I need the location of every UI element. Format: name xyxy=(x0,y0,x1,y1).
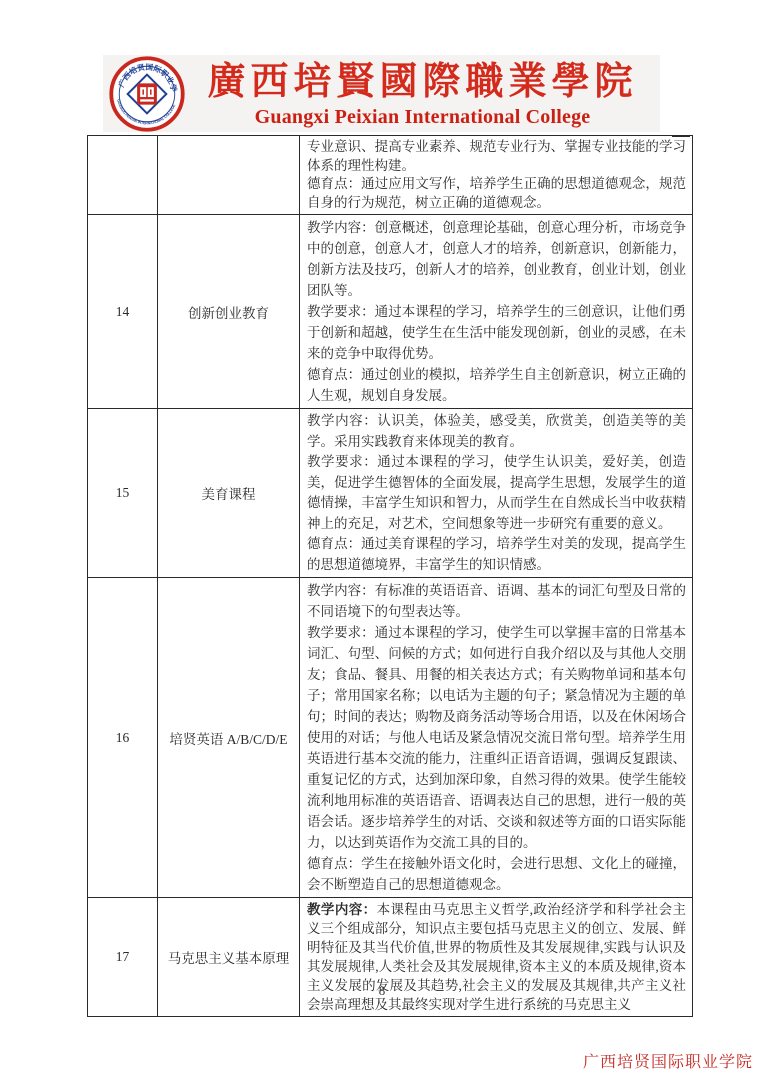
description-paragraph: 教学要求：通过本课程的学习，使学生可以掌握丰富的日常基本词汇、句型、问候的方式；… xyxy=(307,622,686,853)
college-logo: 广西培贤国际职业学院 GUANGXI PEIXIAN INTERNATIONAL… xyxy=(103,56,191,132)
college-name-block: 廣西培賢國際職業學院 Guangxi Peixian International… xyxy=(191,60,660,128)
description-paragraph: 教学要求：通过本课程的学习，使学生认识美，爱好美，创造美，促进学生德智体的全面发… xyxy=(307,452,686,534)
footer-watermark: 广西培贤国际职业学院 xyxy=(583,1049,753,1072)
course-name-cell: 创新创业教育 xyxy=(158,215,300,409)
course-description-cell: 专业意识、提高专业素养、规范专业行为、掌握专业技能的学习体系的理性构建。 德育点… xyxy=(300,136,693,215)
course-description-cell: 教学内容：创意概述，创意理论基础，创意心理分析，市场竞争中的创意，创意人才，创意… xyxy=(300,215,693,409)
description-paragraph: 德育点：通过创业的模拟，培养学生自主创新意识，树立正确的人生观，规划自身发展。 xyxy=(307,364,686,406)
course-number-cell: 15 xyxy=(88,409,158,578)
page-number: 8 xyxy=(0,983,764,999)
table-row: 16 培贤英语 A/B/C/D/E 教学内容：有标准的英语语音、语调、基本的词汇… xyxy=(88,578,693,898)
college-seal-icon: 广西培贤国际职业学院 GUANGXI PEIXIAN INTERNATIONAL… xyxy=(109,56,185,132)
table-row: 14 创新创业教育 教学内容：创意概述，创意理论基础，创意心理分析，市场竞争中的… xyxy=(88,215,693,409)
college-name-en: Guangxi Peixian International College xyxy=(191,106,654,128)
course-description-cell: 教学内容：认识美，体验美，感受美，欣赏美，创造美等的美学。采用实践教育来体现美的… xyxy=(300,409,693,578)
description-paragraph: 德育点：通过应用文写作，培养学生正确的思想道德观念，规范自身的行为规范，树立正确… xyxy=(307,175,686,212)
table-row: 15 美育课程 教学内容：认识美，体验美，感受美，欣赏美，创造美等的美学。采用实… xyxy=(88,409,693,578)
course-name-cell: 培贤英语 A/B/C/D/E xyxy=(158,578,300,898)
description-paragraph: 教学内容：创意概述，创意理论基础，创意心理分析，市场竞争中的创意，创意人才，创意… xyxy=(307,217,686,301)
course-name-cell: 美育课程 xyxy=(158,409,300,578)
description-paragraph: 教学内容：有标准的英语语音、语调、基本的词汇句型及日常的不同语境下的句型表达等。 xyxy=(307,580,686,622)
course-table: 专业意识、提高专业素养、规范专业行为、掌握专业技能的学习体系的理性构建。 德育点… xyxy=(87,135,693,1017)
logo-book-icon xyxy=(137,83,157,104)
course-description-cell: 教学内容：有标准的英语语音、语调、基本的词汇句型及日常的不同语境下的句型表达等。… xyxy=(300,578,693,898)
course-name-cell xyxy=(158,136,300,215)
description-paragraph: 教学要求：通过本课程的学习，培养学生的三创意识，让他们勇于创新和超越，使学生在生… xyxy=(307,301,686,364)
description-paragraph: 德育点：学生在接触外语文化时，会进行思想、文化上的碰撞，会不断塑造自己的思想道德… xyxy=(307,853,686,895)
description-paragraph: 专业意识、提高专业素养、规范专业行为、掌握专业技能的学习体系的理性构建。 xyxy=(307,138,686,175)
course-number-cell: 14 xyxy=(88,215,158,409)
description-paragraph: 教学内容：认识美，体验美，感受美，欣赏美，创造美等的美学。采用实践教育来体现美的… xyxy=(307,411,686,452)
paragraph-lead: 教学内容： xyxy=(307,902,377,917)
college-header-banner: 广西培贤国际职业学院 GUANGXI PEIXIAN INTERNATIONAL… xyxy=(103,55,660,132)
table-row-continuation: 专业意识、提高专业素养、规范专业行为、掌握专业技能的学习体系的理性构建。 德育点… xyxy=(88,136,693,215)
description-paragraph: 德育点：通过美育课程的学习，培养学生对美的发现，提高学生的思想道德境界，丰富学生… xyxy=(307,534,686,575)
course-number-cell xyxy=(88,136,158,215)
college-name-zh: 廣西培賢國際職業學院 xyxy=(191,60,654,104)
course-number-cell: 16 xyxy=(88,578,158,898)
document-page: { "header": { "college_name_zh": "廣西培賢國際… xyxy=(0,0,764,1080)
